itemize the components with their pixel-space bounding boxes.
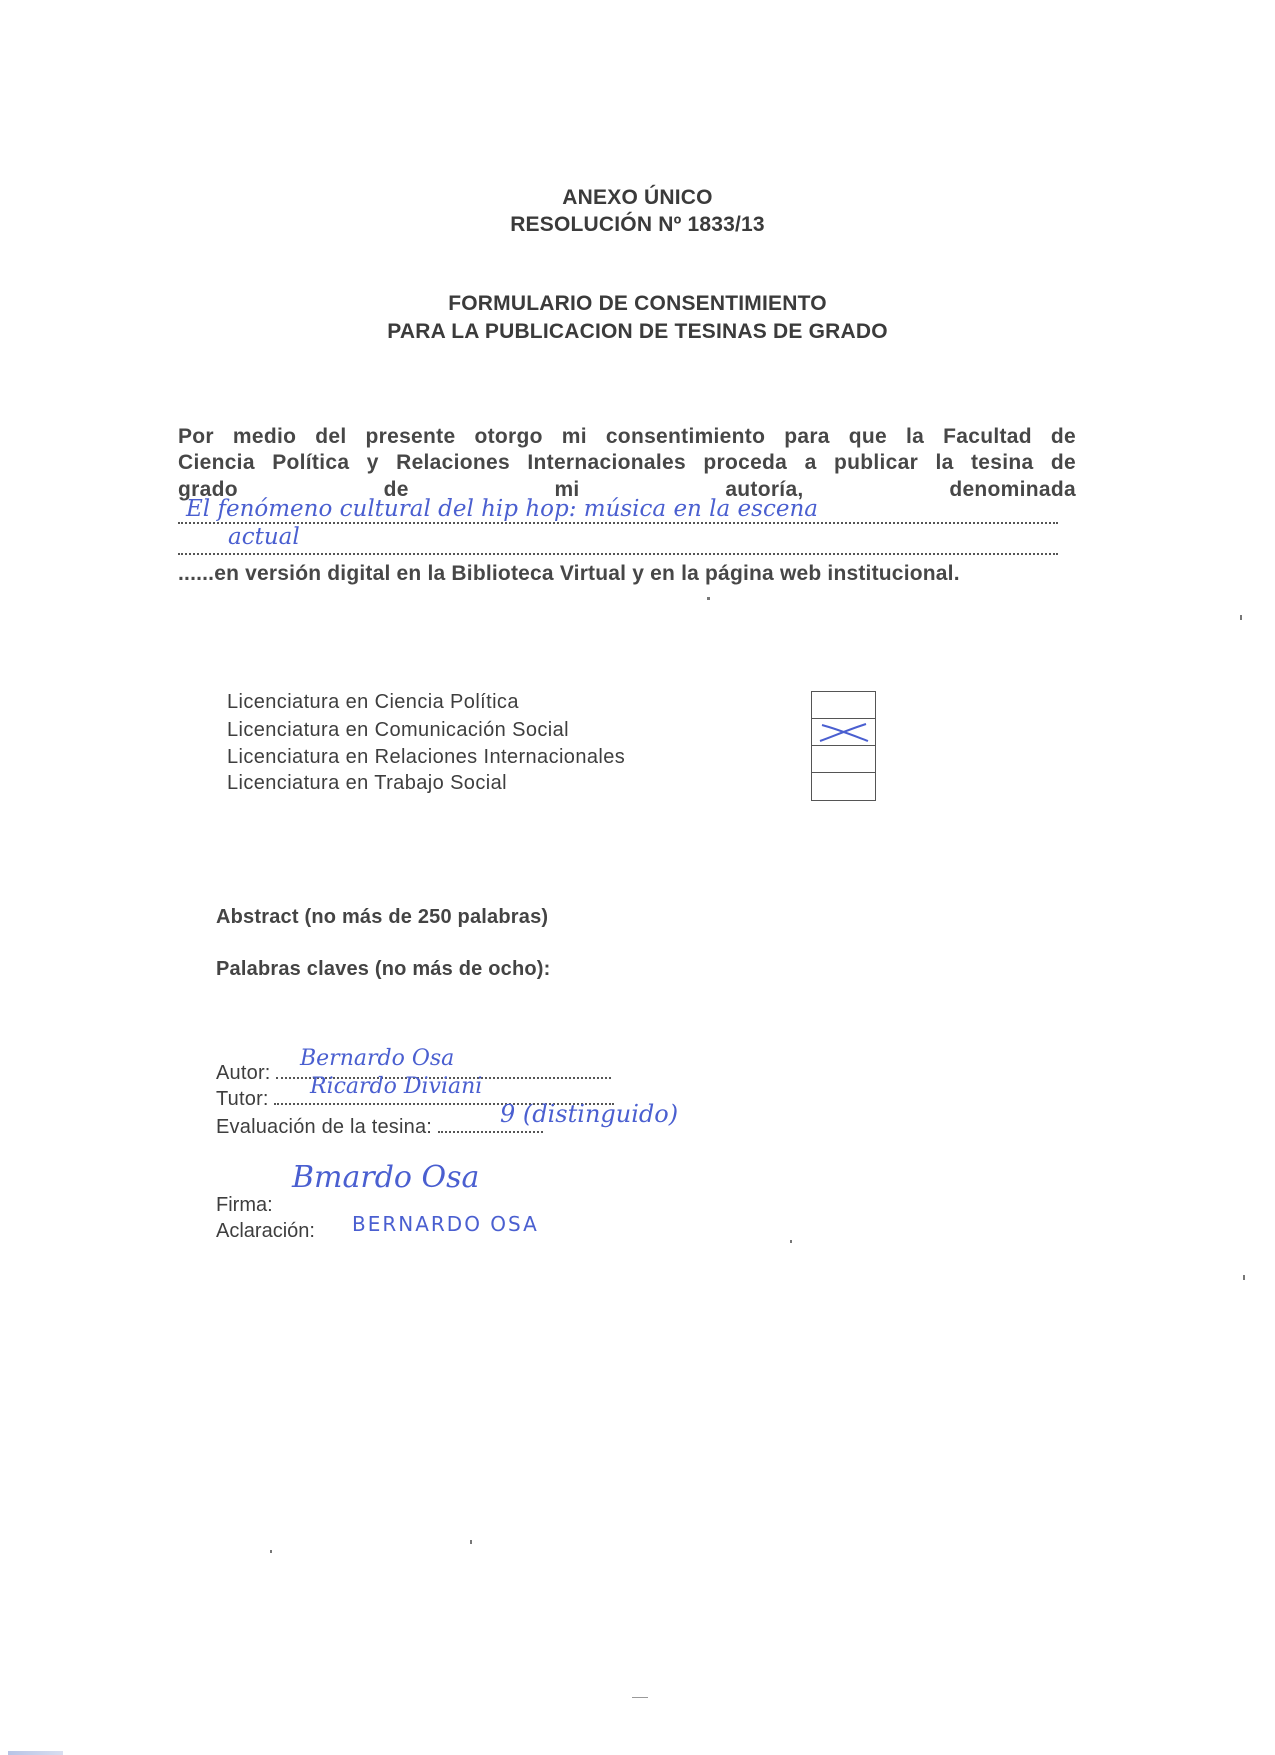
abstract-label: Abstract (no más de 250 palabras) xyxy=(216,906,548,929)
scan-speck xyxy=(790,1240,792,1243)
scan-speck xyxy=(707,597,710,600)
signature-label: Firma: xyxy=(216,1194,273,1217)
degree-trabajo-social: Licenciatura en Trabajo Social xyxy=(227,772,507,795)
thesis-title-handwritten-line1[interactable]: El fenómeno cultural del hip hop: música… xyxy=(186,496,818,522)
evaluation-value[interactable]: 9 (distinguido) xyxy=(500,1100,678,1128)
evaluation-field: Evaluación de la tesina: xyxy=(216,1116,543,1139)
resolution-number: RESOLUCIÓN Nº 1833/13 xyxy=(0,213,1275,237)
scan-speck xyxy=(470,1540,472,1544)
checkbox-ciencia-politica[interactable] xyxy=(811,691,876,719)
tutor-label: Tutor: xyxy=(216,1088,269,1110)
author-label: Autor: xyxy=(216,1062,271,1084)
author-value[interactable]: Bernardo Osa xyxy=(300,1046,454,1071)
scan-speck xyxy=(1240,615,1242,620)
scan-speck xyxy=(632,1697,648,1698)
scan-speck xyxy=(1243,1275,1245,1280)
scan-speck xyxy=(270,1550,272,1553)
degree-comunicacion-social: Licenciatura en Comunicación Social xyxy=(227,719,569,742)
consent-final-line: ......en versión digital en la Bibliotec… xyxy=(178,562,960,586)
thesis-title-handwritten-line2[interactable]: actual xyxy=(228,524,300,550)
dotted-line-2 xyxy=(178,553,1058,555)
form-title-line1: FORMULARIO DE CONSENTIMIENTO xyxy=(0,292,1275,316)
checkbox-trabajo-social[interactable] xyxy=(811,772,876,801)
dotted-line-1 xyxy=(178,522,1058,524)
x-mark-icon xyxy=(812,719,875,746)
annex-title: ANEXO ÚNICO xyxy=(0,186,1275,210)
degree-ciencia-politica: Licenciatura en Ciencia Política xyxy=(227,691,519,714)
tutor-value[interactable]: Ricardo Diviani xyxy=(310,1074,482,1099)
word-denominada: denominada xyxy=(949,478,1076,502)
scan-edge-mark xyxy=(8,1751,63,1755)
signature-value[interactable]: Bmardo Osa xyxy=(292,1160,479,1195)
clarification-value[interactable]: BERNARDO OSA xyxy=(352,1212,539,1236)
consent-line-1: Por medio del presente otorgo mi consent… xyxy=(178,425,1076,449)
checkbox-relaciones-internacionales[interactable] xyxy=(811,745,876,773)
degree-relaciones-internacionales: Licenciatura en Relaciones Internacional… xyxy=(227,746,625,769)
keywords-label: Palabras claves (no más de ocho): xyxy=(216,958,551,981)
consent-line-2: Ciencia Política y Relaciones Internacio… xyxy=(178,451,1076,475)
clarification-label: Aclaración: xyxy=(216,1220,315,1243)
evaluation-label: Evaluación de la tesina: xyxy=(216,1116,432,1138)
form-title-line2: PARA LA PUBLICACION DE TESINAS DE GRADO xyxy=(0,320,1275,344)
checkbox-comunicacion-social[interactable] xyxy=(811,718,876,746)
